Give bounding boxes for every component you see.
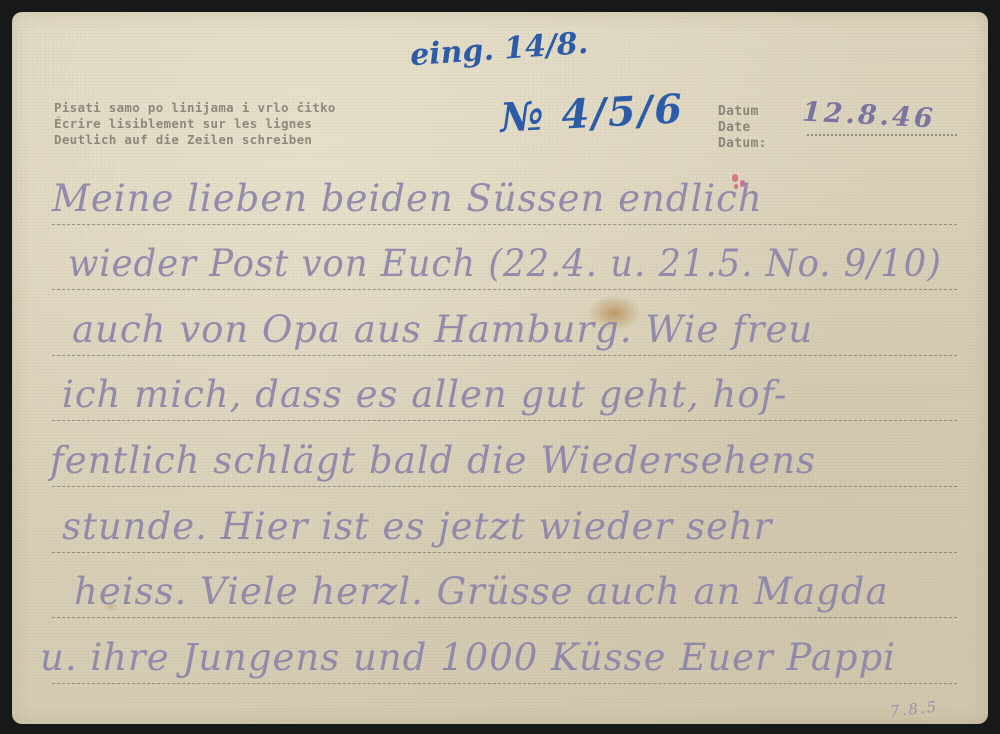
date-labels: Datum Date Datum:	[718, 104, 767, 152]
postcard: Pisati samo po linijama i vrlo čitko Écr…	[12, 12, 988, 724]
date-value: 12.8.46	[801, 97, 936, 135]
rule-line	[52, 224, 957, 225]
date-label-1: Datum	[718, 104, 767, 120]
instruction-line-french: Écrire lisiblement sur les lignes	[54, 116, 336, 132]
rule-line	[52, 355, 957, 356]
printed-instructions: Pisati samo po linijama i vrlo čitko Écr…	[54, 100, 336, 148]
letter-line: stunde. Hier ist es jetzt wieder sehr	[62, 505, 772, 548]
rule-line	[52, 420, 957, 421]
instruction-line-croatian: Pisati samo po linijama i vrlo čitko	[54, 100, 336, 116]
letter-line: auch von Opa aus Hamburg. Wie freu	[72, 308, 813, 351]
rule-line	[52, 683, 957, 684]
date-label-2: Date	[718, 120, 767, 136]
rule-line	[52, 289, 957, 290]
letter-line: heiss. Viele herzl. Grüsse auch an Magda	[74, 570, 889, 613]
letter-line: fentlich schlägt bald die Wiedersehens	[50, 439, 816, 482]
date-label-3: Datum:	[718, 136, 767, 152]
received-annotation: eing. 14/8.	[409, 26, 589, 73]
letter-line: Meine lieben beiden Süssen endlich	[52, 177, 763, 220]
letter-line: wieder Post von Euch (22.4. u. 21.5. No.…	[68, 242, 942, 285]
rule-line	[52, 486, 957, 487]
instruction-line-german: Deutlich auf die Zeilen schreiben	[54, 132, 336, 148]
rule-line	[52, 552, 957, 553]
rule-line	[52, 617, 957, 618]
letter-line: ich mich, dass es allen gut geht, hof-	[62, 373, 787, 416]
corner-pencil-mark: 7.8.5	[889, 698, 939, 721]
letter-line: u. ihre Jungens und 1000 Küsse Euer Papp…	[40, 636, 896, 679]
number-annotation: № 4/5/6	[499, 85, 685, 142]
